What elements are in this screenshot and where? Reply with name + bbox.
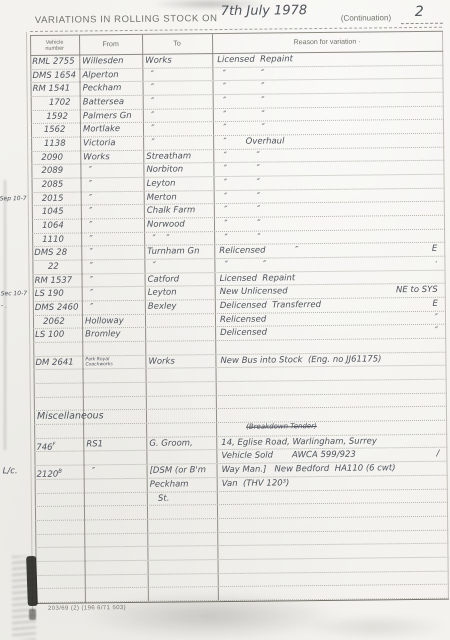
form-title: VARIATIONS IN ROLLING STOCK ON xyxy=(35,13,218,26)
vehicle-number-cell: 2015 xyxy=(34,192,64,205)
vehicle-number-cell: 1702 xyxy=(33,97,71,110)
vehicle-number-cell: 1562 xyxy=(33,124,66,137)
vehicle-number-cell: LS 190 xyxy=(35,288,64,301)
to-cell: Norwood xyxy=(147,218,185,231)
vehicle-number-cell: 1045 xyxy=(34,206,64,219)
to-cell: Works xyxy=(148,355,175,368)
right-note: E xyxy=(432,298,438,311)
to-cell: [DSM (or B'm xyxy=(150,464,207,478)
struck-text: (Breakdown Tender) xyxy=(246,420,317,434)
to-cell: Bexley xyxy=(148,301,177,314)
scanned-document-page: VARIATIONS IN ROLLING STOCK ON 7th July … xyxy=(0,0,450,640)
from-cell: ″ xyxy=(84,206,93,219)
from-cell: ″ xyxy=(84,192,93,205)
reason-cell: Relicensed xyxy=(220,313,266,326)
reason-cell: Way Man.] New Bedford HA110 (6 cwt) xyxy=(222,462,396,477)
from-cell: Willesden xyxy=(82,55,123,68)
from-cell: Alperton xyxy=(82,69,118,82)
scan-blotch-top xyxy=(150,0,270,10)
to-cell: Peckham xyxy=(150,478,189,491)
reason-cell: Licensed Repaint xyxy=(217,53,293,67)
from-cell: ″ xyxy=(83,165,92,178)
column-header-reason: Reason for variation · xyxy=(212,32,442,47)
reason-cell: Delicensed xyxy=(220,327,267,340)
ink-blob-small xyxy=(29,609,36,620)
from-cell: Works xyxy=(83,151,110,164)
reason-cell: ″ ″ xyxy=(217,67,264,80)
vehicle-number-cell: 1592 xyxy=(33,110,68,123)
reason-cell: ″ ″ xyxy=(219,259,266,272)
column-header-from: From xyxy=(79,35,142,49)
reason-cell: ″ ″ xyxy=(219,177,261,190)
to-cell: Norbiton xyxy=(146,164,183,177)
reason-cell: ″ ″ xyxy=(219,204,261,217)
reason-cell: 14, Eglise Road, Warlingham, Surrey xyxy=(221,435,377,450)
scan-smudge-bottom-right xyxy=(300,614,450,640)
from-cell: RS1 xyxy=(86,438,103,451)
reason-cell: ″ ″ xyxy=(218,108,265,121)
from-cell: ″ xyxy=(84,260,93,273)
from-cell: Victoria xyxy=(83,137,116,150)
reason-cell: ″ ″ xyxy=(219,231,261,244)
scan-content: VARIATIONS IN ROLLING STOCK ON 7th July … xyxy=(0,0,450,640)
to-cell: ″ ″ xyxy=(147,232,170,245)
right-note: ″ xyxy=(435,325,438,338)
right-note: ″ xyxy=(435,312,438,325)
vehicle-number-cell: 2085 xyxy=(34,179,64,192)
variations-table: Vehicle number From To Reason for variat… xyxy=(30,31,449,604)
vehicle-number-cell: 2089 xyxy=(33,165,63,178)
vehicle-number-cell: RM 1537 xyxy=(35,274,73,287)
vehicle-number-cell: LS 100 xyxy=(35,329,64,342)
from-cell: ″ xyxy=(84,219,93,232)
vehicle-number-cell: DM 2641 xyxy=(35,356,73,369)
reason-cell: ″ ″ xyxy=(218,122,265,135)
vehicle-number-cell: RM 1541 xyxy=(33,83,71,96)
margin-note: L/c. xyxy=(3,466,18,476)
vehicle-number-cell: 2062 xyxy=(35,315,65,328)
right-note: NE to SYS xyxy=(396,284,438,297)
from-cell: ″ xyxy=(87,466,96,479)
to-cell: Chalk Farm xyxy=(147,205,196,219)
to-cell: ″ xyxy=(146,123,155,136)
reason-cell: New Bus into Stock (Eng. no JJ61175) xyxy=(220,353,381,368)
vehicle-number-cell: 2090 xyxy=(33,151,63,164)
from-cell: ″ xyxy=(84,178,93,191)
reason-cell: Van (THV 120³) xyxy=(222,477,290,491)
to-cell: Merton xyxy=(147,191,177,204)
page-number: 2 xyxy=(415,4,424,20)
to-cell: Catford xyxy=(148,273,180,286)
reason-cell: ″ ″ xyxy=(219,190,261,203)
vehicle-number-cell: 1064 xyxy=(34,220,64,233)
reason-cell: ″ ″ xyxy=(218,149,260,162)
to-cell: Streatham xyxy=(146,150,191,163)
reason-cell: ″ ″ xyxy=(219,218,261,231)
vehicle-number-cell: DMS 28 xyxy=(34,247,67,260)
from-cell: Peckham xyxy=(83,82,122,95)
vehicle-number-cell: 1110 xyxy=(34,233,64,246)
to-cell: ″ xyxy=(146,137,155,150)
from-cell: Palmers Gn xyxy=(83,110,132,124)
to-cell: ″ xyxy=(145,68,154,81)
right-note: · xyxy=(435,257,438,270)
reason-cell: ″ ″ xyxy=(218,163,260,176)
from-cell: ″ xyxy=(84,247,93,260)
to-cell: G. Groom, xyxy=(149,437,193,450)
from-cell: Mortlake xyxy=(83,123,120,136)
continuation-label: (Continuation) xyxy=(341,13,391,23)
reason-cell: ″ Overhaul xyxy=(218,135,284,149)
vehicle-number-cell: RML 2755 xyxy=(32,56,74,69)
from-cell: Bromley xyxy=(85,329,121,342)
reason-cell: New Unlicensed xyxy=(220,286,288,300)
vehicle-number-cell: 1138 xyxy=(33,138,66,151)
from-cell: ″ xyxy=(85,301,94,314)
to-cell: ″ xyxy=(146,82,155,95)
to-cell: Leyton xyxy=(147,178,176,191)
reason-cell: Vehicle Sold AWCA 599/923 xyxy=(221,449,356,463)
to-cell: ″ xyxy=(146,96,155,109)
section-label: Miscellaneous xyxy=(37,411,104,423)
table-rows: RML 2755WillesdenWorksLicensed RepaintDM… xyxy=(30,52,449,603)
reason-cell: ″ ″ xyxy=(218,95,265,108)
vehicle-number-cell: DMS 2460 xyxy=(35,302,79,315)
column-header-to: To xyxy=(142,34,212,48)
to-cell: Turnham Gn xyxy=(147,246,199,260)
from-cell: Battersea xyxy=(83,96,124,109)
reason-cell: Delicensed Transferred xyxy=(220,299,321,313)
right-note: / xyxy=(436,448,439,461)
reason-cell: Licensed Repaint xyxy=(220,272,296,286)
column-header-vehicle-number: Vehicle number xyxy=(30,36,79,53)
vehicle-number-cell: 22 xyxy=(34,261,58,274)
page-number-underline xyxy=(401,23,443,24)
to-cell: Works xyxy=(145,55,172,68)
from-cell: Park RoyalCoachworks xyxy=(85,358,112,368)
to-cell: ″ xyxy=(147,260,156,273)
reason-cell: Relicensed ″ xyxy=(219,245,298,259)
to-cell: Leyton xyxy=(148,287,177,300)
vehicle-number-cell: DMS 1654 xyxy=(32,69,76,82)
from-cell: Holloway xyxy=(85,315,124,328)
to-cell: St. xyxy=(150,492,170,505)
from-cell: ″ xyxy=(85,274,94,287)
scan-edge-shadow xyxy=(4,180,6,450)
to-cell: ″ xyxy=(146,109,155,122)
from-cell: ″ xyxy=(84,233,93,246)
from-cell: ″ xyxy=(85,288,94,301)
reason-cell: ″ ″ xyxy=(218,81,265,94)
ink-blob xyxy=(26,556,38,606)
right-note: E xyxy=(432,243,438,256)
